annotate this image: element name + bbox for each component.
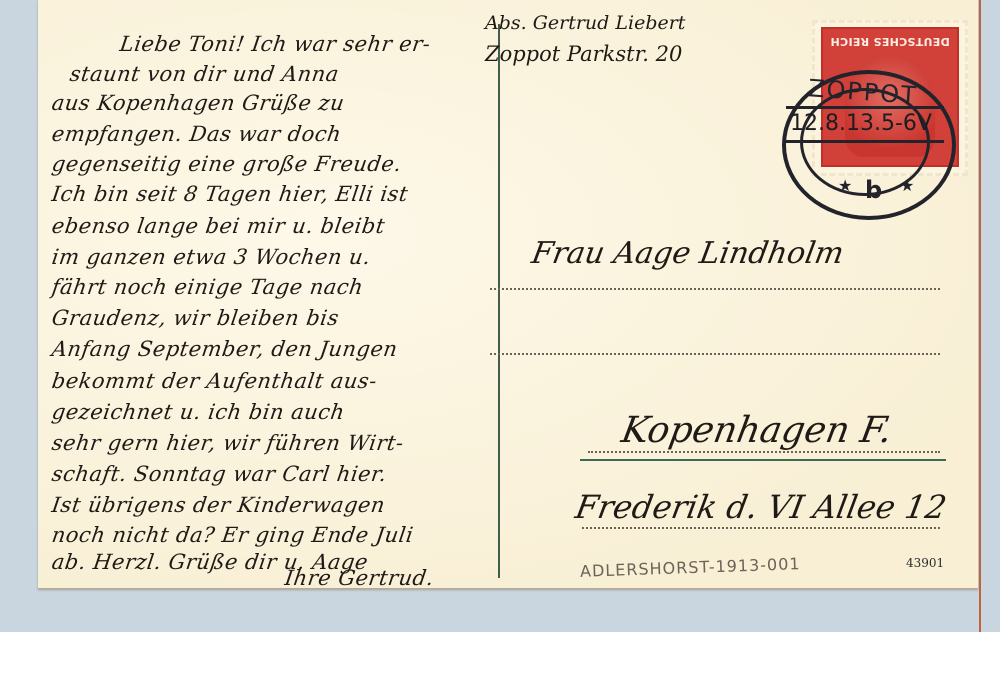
message-line: staunt von dir und Anna [68, 62, 340, 86]
message-line: aus Kopenhagen Grüße zu [50, 91, 346, 115]
message-line: gegenseitig eine große Freude. [50, 152, 403, 176]
postmark-bar [786, 106, 944, 109]
address-green-line [580, 459, 946, 461]
star-icon: ★ [838, 176, 852, 195]
message-line: Ich bin seit 8 Tagen hier, Elli ist [50, 182, 409, 206]
sender-name: Abs. Gertrud Liebert [485, 12, 685, 34]
message-line: empfangen. Das war doch [50, 122, 343, 146]
message-line: Liebe Toni! Ich war sehr er- [118, 32, 432, 56]
message-line: Anfang September, den Jungen [50, 337, 399, 361]
message-line: bekommt der Aufenthalt aus- [50, 369, 378, 393]
address-dotted-line [588, 451, 940, 453]
address-dotted-line [582, 527, 940, 529]
postmark-date: 12.8.13.5-6V [790, 111, 932, 136]
card-number: 43901 [906, 556, 944, 570]
address-dotted-line [490, 353, 940, 355]
postmark-bar [786, 140, 944, 143]
star-icon: ★ [900, 176, 914, 195]
recipient-street: Frederik d. VI Allee 12 [573, 488, 950, 526]
recipient-city: Kopenhagen F. [618, 410, 895, 451]
message-line: ebenso lange bei mir u. bleibt [50, 214, 386, 238]
message-line: gezeichnet u. ich bin auch [50, 400, 346, 424]
sender-address: Zoppot Parkstr. 20 [485, 42, 682, 66]
postmark-code: b [865, 176, 882, 204]
address-dotted-line [490, 288, 940, 290]
message-line: im ganzen etwa 3 Wochen u. [50, 245, 372, 269]
scan-edge-line [979, 0, 981, 632]
message-line: Ist übrigens der Kinderwagen [50, 493, 386, 517]
message-line: noch nicht da? Er ging Ende Juli [50, 523, 415, 547]
message-line: sehr gern hier, wir führen Wirt- [50, 431, 405, 455]
message-line: Graudenz, wir bleiben bis [50, 306, 340, 330]
center-divider [498, 24, 500, 578]
message-line: fährt noch einige Tage nach [50, 275, 365, 299]
message-line: schaft. Sonntag war Carl hier. [50, 462, 388, 486]
stamp-country-text: DEUTSCHES REICH [823, 35, 957, 48]
signature: Ihre Gertrud. [283, 566, 435, 590]
recipient-name: Frau Aage Lindholm [529, 236, 847, 271]
